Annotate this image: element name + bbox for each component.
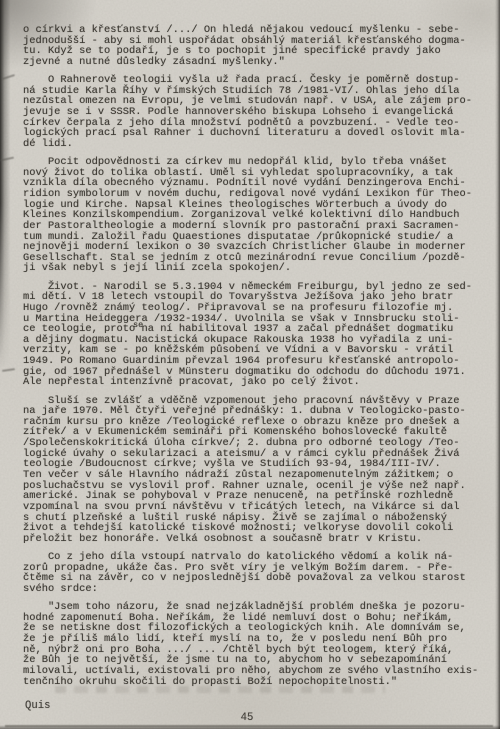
text-line: vzpomínal na svou první návštěvu v třicá…	[23, 502, 487, 513]
paragraph: Co z jeho díla vstoupí natrvalo do katol…	[23, 552, 487, 595]
text-block: o církvi a křesťanství /.../ On hledá ně…	[23, 25, 487, 695]
text-line: Co z jeho díla vstoupí natrvalo do katol…	[23, 552, 487, 563]
page-number: 45	[0, 712, 494, 724]
paragraph: O Rahnerově teologii vyšla už řada prací…	[23, 75, 487, 149]
text-line: tenčního okruhu skočili do propasti Boží…	[23, 677, 487, 688]
text-line: přeložit bez honoráře. Velká osobnost a …	[23, 534, 487, 545]
text-line: milovali, uctívali, existovali pro něho,…	[23, 666, 487, 677]
scan-edge-line	[5, 725, 493, 727]
text-line: ji však nebyl s její linií zcela spokoje…	[23, 263, 487, 274]
text-line: ce teologie, protose na ní habilitoval 1…	[23, 324, 487, 335]
scan-shadow-right	[495, 0, 500, 729]
author-signature: Quis	[25, 700, 50, 712]
scan-shadow-left	[0, 0, 13, 370]
text-line: logických prací psal Rahner i duchovní l…	[23, 128, 487, 139]
text-line: svého srdce:	[23, 584, 487, 595]
paragraph: Život. - Narodil se 5.3.1904 v německém …	[23, 282, 487, 388]
paragraph: Sluší se zvlášť a vděčně vzpomenout jeho…	[23, 396, 487, 545]
margin-pencil-mark	[2, 368, 15, 372]
text-line: ridion symbolorum v novém duchu, redigov…	[23, 189, 487, 200]
text-line: Hugo /rovněž známý teolog/. Připravoval …	[23, 303, 487, 314]
text-line: zjevné a nutné důsledky zásadní myšlenky…	[23, 57, 487, 68]
paragraph: o církvi a křesťanství /.../ On hledá ně…	[23, 25, 487, 68]
paragraph: "Jsem toho názoru, že snad nejzákladnějš…	[23, 602, 487, 687]
text-line: Ale nepřestal intenzívně pracovat, jako …	[23, 377, 487, 388]
text-line: že je příliš málo lidí, kteří myslí na t…	[23, 634, 487, 645]
document-page: o církvi a křesťanství /.../ On hledá ně…	[0, 0, 500, 729]
text-line: der Pastoraltheologie a moderní slovník …	[23, 221, 487, 232]
typed-insertion: se	[133, 320, 143, 331]
paragraph: Pocit odpovědnosti za církev mu nedopřál…	[23, 157, 487, 274]
text-line: dé lidi.	[23, 139, 487, 150]
